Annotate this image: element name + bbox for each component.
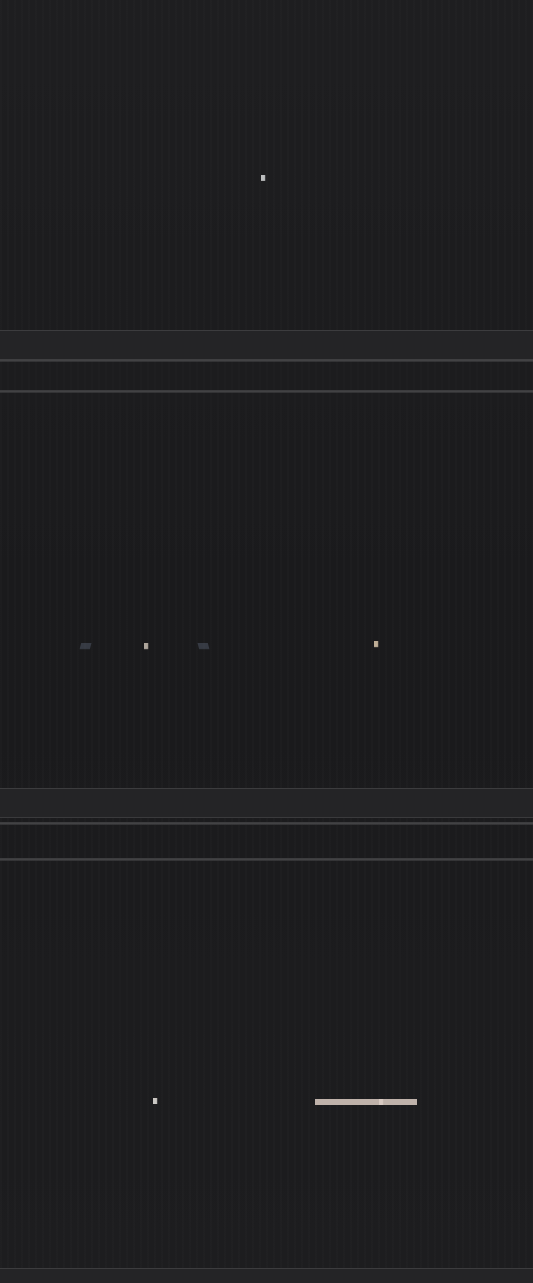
mirrored-overprint-digit: 0 [367, 1114, 381, 1139]
stock-strip-line [0, 858, 533, 861]
stamp-4-paper [47, 951, 263, 1251]
catalog-number: # 155 [336, 697, 379, 713]
stock-strip [0, 330, 533, 360]
mirrored-overprint-letter: К. [357, 1070, 381, 1095]
stock-strip-line [0, 390, 533, 393]
stamp-3: USSR Offices in Turkey # 155 [268, 489, 484, 799]
annotation-line-1: USSR [296, 515, 349, 536]
annotation-line-3: Turkey [304, 573, 364, 593]
stock-strip-line [0, 359, 533, 362]
stamp-1 [155, 33, 371, 323]
stamp-2 [37, 489, 255, 803]
stamp-4 [47, 951, 263, 1251]
stock-strip-line [0, 822, 533, 825]
show-through-oval [77, 584, 212, 764]
annotation-line-2: Offices in [298, 543, 380, 563]
stamp-hinge [301, 976, 453, 1062]
stamp-1-paper [155, 33, 371, 323]
stamp-5: К. 0 [275, 952, 487, 1252]
stamp-hinge [75, 529, 233, 589]
stock-strip [0, 1268, 533, 1283]
